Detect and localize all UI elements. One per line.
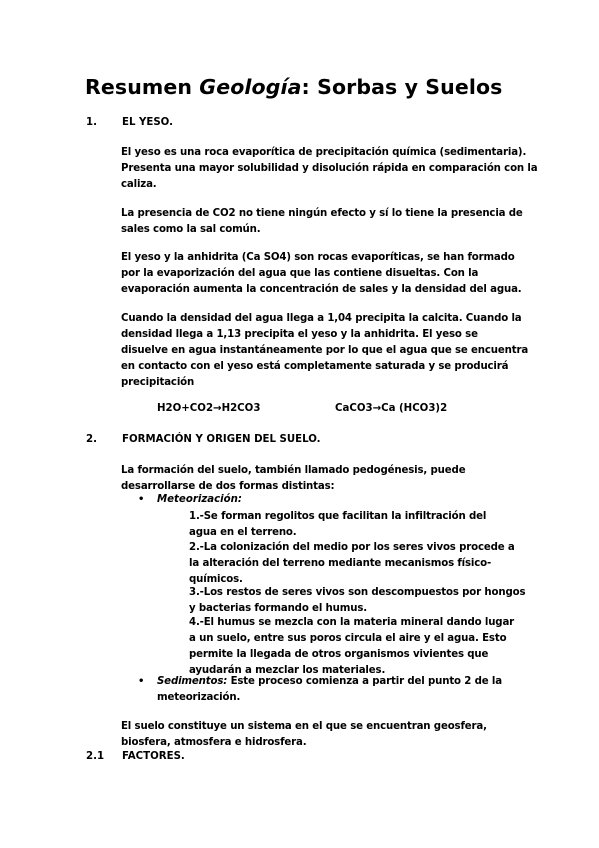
text-line: evaporación aumenta la concentración de … bbox=[121, 282, 516, 298]
bullet-icon: • bbox=[138, 676, 144, 687]
text-line: a un suelo, entre sus poros circula el a… bbox=[189, 631, 519, 647]
text-line: la alteración del terreno mediante mecan… bbox=[189, 556, 519, 572]
text-line: Sedimentos: Este proceso comienza a part… bbox=[157, 674, 517, 690]
text-line: permite la llegada de otros organismos v… bbox=[189, 647, 519, 663]
text-line: biosfera, atmosfera e hidrosfera. bbox=[121, 735, 516, 751]
sedimentos-text: Este proceso comienza a partir del punto… bbox=[227, 676, 502, 687]
paragraph-suelo-sistema: El suelo constituye un sistema en el que… bbox=[121, 719, 516, 751]
text-line: El yeso y la anhidrita (Ca SO4) son roca… bbox=[121, 250, 516, 266]
paragraph-densidad: Cuando la densidad del agua llega a 1,04… bbox=[121, 311, 516, 391]
meteorizacion-step-1: 1.-Se forman regolitos que facilitan la … bbox=[189, 509, 519, 541]
bullet-label-meteorizacion: Meteorización: bbox=[157, 494, 242, 505]
text-line: por la evaporización del agua que las co… bbox=[121, 266, 516, 282]
text-line: caliza. bbox=[121, 177, 516, 193]
title-part-3: : Sorbas y Suelos bbox=[302, 75, 503, 99]
text-line: precipitación bbox=[121, 375, 516, 391]
text-line: 2.-La colonización del medio por los ser… bbox=[189, 540, 519, 556]
bullet-icon: • bbox=[138, 494, 144, 505]
document-title: Resumen Geología: Sorbas y Suelos bbox=[85, 75, 502, 99]
meteorizacion-step-4: 4.-El humus se mezcla con la materia min… bbox=[189, 615, 519, 679]
meteorizacion-step-2: 2.-La colonización del medio por los ser… bbox=[189, 540, 519, 588]
section-1-number: 1. bbox=[86, 117, 97, 128]
text-line: Presenta una mayor solubilidad y disoluc… bbox=[121, 161, 516, 177]
text-line: 4.-El humus se mezcla con la materia min… bbox=[189, 615, 519, 631]
title-part-2: Geología bbox=[199, 75, 301, 99]
text-line: 1.-Se forman regolitos que facilitan la … bbox=[189, 509, 519, 525]
text-line: El suelo constituye un sistema en el que… bbox=[121, 719, 516, 735]
text-line: Cuando la densidad del agua llega a 1,04… bbox=[121, 311, 516, 327]
text-line: agua en el terreno. bbox=[189, 525, 519, 541]
section-2-1-heading: FACTORES. bbox=[122, 751, 185, 762]
text-line: La formación del suelo, también llamado … bbox=[121, 463, 516, 479]
title-part-1: Resumen bbox=[85, 75, 199, 99]
paragraph-formacion-intro: La formación del suelo, también llamado … bbox=[121, 463, 516, 495]
paragraph-co2: La presencia de CO2 no tiene ningún efec… bbox=[121, 206, 516, 238]
bullet-sedimentos: Sedimentos: Este proceso comienza a part… bbox=[157, 674, 517, 706]
formula-calcium-bicarbonate: CaCO3→Ca (HCO3)2 bbox=[335, 403, 447, 414]
formula-carbonic-acid: H2O+CO2→H2CO3 bbox=[157, 403, 260, 414]
section-2-number: 2. bbox=[86, 434, 97, 445]
text-line: en contacto con el yeso está completamen… bbox=[121, 359, 516, 375]
section-2-1-number: 2.1 bbox=[86, 751, 104, 762]
paragraph-anhidrita: El yeso y la anhidrita (Ca SO4) son roca… bbox=[121, 250, 516, 298]
section-2-heading: FORMACIÓN Y ORIGEN DEL SUELO. bbox=[122, 434, 321, 445]
text-line: El yeso es una roca evaporítica de preci… bbox=[121, 145, 516, 161]
bullet-label-sedimentos: Sedimentos: bbox=[157, 676, 227, 687]
text-line: meteorización. bbox=[157, 690, 517, 706]
meteorizacion-step-3: 3.-Los restos de seres vivos son descomp… bbox=[189, 585, 519, 617]
text-line: densidad llega a 1,13 precipita el yeso … bbox=[121, 327, 516, 343]
text-line: 3.-Los restos de seres vivos son descomp… bbox=[189, 585, 519, 601]
text-line: sales como la sal común. bbox=[121, 222, 516, 238]
section-1-heading: EL YESO. bbox=[122, 117, 173, 128]
paragraph-yeso-definition: El yeso es una roca evaporítica de preci… bbox=[121, 145, 516, 193]
text-line: La presencia de CO2 no tiene ningún efec… bbox=[121, 206, 516, 222]
document-page: Resumen Geología: Sorbas y Suelos 1. EL … bbox=[0, 0, 599, 848]
text-line: desarrollarse de dos formas distintas: bbox=[121, 479, 516, 495]
text-line: disuelve en agua instantáneamente por lo… bbox=[121, 343, 516, 359]
